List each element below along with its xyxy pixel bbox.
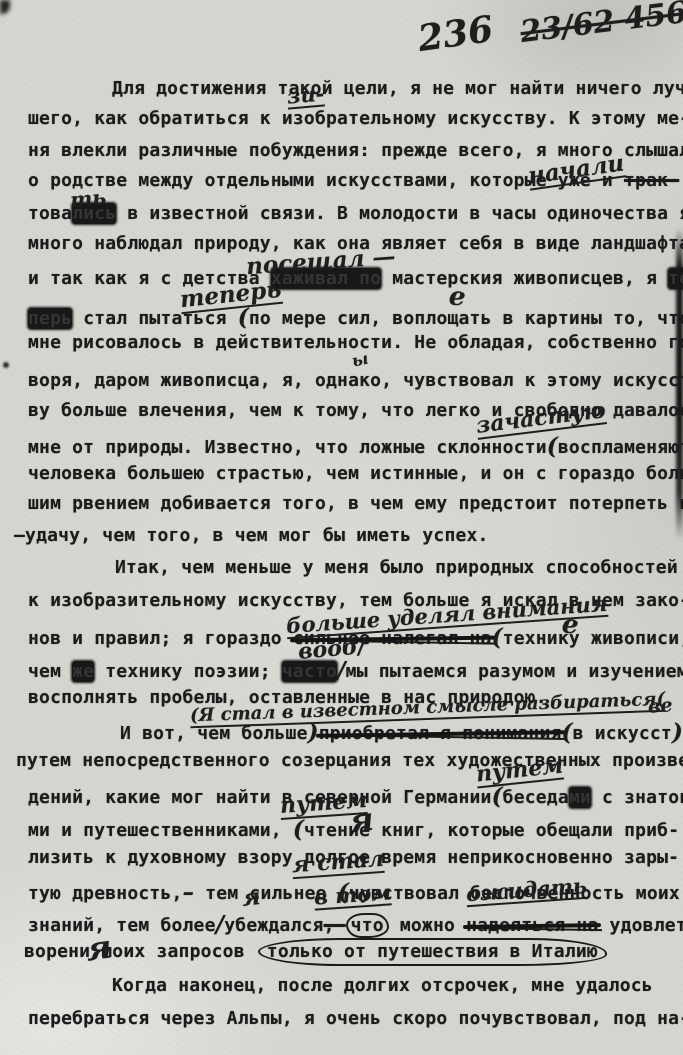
handwritten-annotation: я [346,803,375,837]
blacked-out-text: перь [28,308,72,329]
typed-line: перебраться через Альпы, я очень скоро п… [28,1008,683,1029]
typed-line: чем же технику поэзии; часто/мы пытаемся… [28,656,683,683]
typed-line: путем непосредственного созерцания тех х… [16,750,683,771]
struck-through-text: , [324,915,346,936]
handwritten-insertion-mark: ( [492,624,503,651]
blacked-out-text: те- [668,268,683,289]
typed-text: с знатока [591,787,683,808]
typed-text: моих запросов [90,941,256,962]
handwritten-insertion-mark: ) [672,719,683,746]
typed-text: шего, как обратиться к изобра [28,108,348,129]
typed-text: перебраться через Альпы, я очень скоро п… [28,1008,683,1029]
typed-text: можно [389,915,466,936]
typed-line: Когда наконец, после долгих отсрочек, мн… [112,975,653,996]
typed-text: убеждался [224,915,323,936]
typed-text: воспламеняют [558,437,683,458]
handwritten-annotation: ве [647,696,673,717]
typed-text: нов и правил; я гораздо [28,628,293,649]
typed-text: мастерски [381,268,491,289]
typed-text: путем непосредственного созерцания тех х… [16,750,683,771]
handwritten-annotation: 23/62 456 [519,0,683,48]
typed-line: человека большею страстью, чем истинные,… [28,463,683,484]
handwritten-annotation: е [561,611,580,639]
typed-line: знаний, тем более/убеждался, что можно н… [28,910,683,937]
typed-text: мне от природы. Известно, что ложные скл… [28,437,547,458]
typed-text: удовлет- [599,915,683,936]
circled-text: только от путешествия в Италию [258,938,607,966]
typed-text: Когда наконец, после долгих отсрочек, мн… [112,975,653,996]
typed-text: в искусст [573,723,672,744]
handwritten-annotation: в том [313,881,392,910]
handwritten-insertion-mark: ( [547,433,558,460]
struck-through-text: трак- [624,170,679,191]
typed-line: шим рвением добивается того, в чем ему п… [28,493,683,514]
typed-line: перь стал пытаться (по мере сил, воплоща… [28,303,683,330]
handwritten-insertion-mark: – [183,879,195,906]
typed-text: Для достижения такой цели, я не мог найт… [112,78,683,99]
typed-text: шим рвением добивается того, в чем ему п… [28,493,683,514]
circled-text: что [346,913,389,938]
typed-line: мне от природы. Известно, что ложные скл… [28,432,683,459]
typed-text: воря, даром живописца, я, однако, чувств… [28,370,683,391]
typed-text: человека большею страстью, чем истинные,… [28,463,683,484]
typed-text: в известной связи. В молодости в часы од… [116,203,683,224]
struck-through-text: надеяться на [466,915,598,936]
typed-text: стал пытаться [72,308,238,329]
typed-text: —удачу, чем того, в чем мог бы иметь усп… [14,525,489,546]
blacked-out-text: часто [282,661,337,682]
typed-text: Итак, чем меньше у меня было природных с… [115,557,678,578]
typed-line: Для достижения такой цели, я не мог найт… [112,78,683,99]
typed-text: ворени [24,941,90,962]
document-page: Для достижения такой цели, я не мог найт… [0,0,683,1055]
typed-text: ми и путешественниками, [28,820,293,841]
scan-corner-speck [0,0,10,14]
typed-line: —удачу, чем того, в чем мог бы иметь усп… [14,525,489,546]
typed-text: чем [28,661,72,682]
typed-text: живописцев, я [503,268,669,289]
handwritten-annotation: е [448,283,467,311]
struck-through-text: приобретал я понимания [319,723,562,744]
typed-text: това [28,203,72,224]
handwritten-annotation: зи- [286,82,325,109]
blacked-out-text: же [72,661,94,682]
handwritten-annotation: ть [69,186,107,210]
typed-text: беседа [503,787,569,808]
typed-line: шего, как обратиться к изобрательному ис… [28,108,683,129]
typed-text: дений, какие мог найти в северной Герман… [28,787,492,808]
handwritten-annotation: я [241,885,262,910]
typed-text: тую древность, [28,883,183,904]
typed-text: книг, которые обещали приб- [370,820,679,841]
typed-text: технику поэзии; [94,661,282,682]
handwritten-insertion-mark: / [216,911,225,938]
handwritten-annotation: вооб/ [297,635,366,663]
handwritten-annotation: 236 [416,11,495,57]
scan-margin-speck [3,362,9,368]
handwritten-insertion-mark: ( [492,783,503,810]
handwritten-insertion-mark: ( [562,719,573,746]
blacked-out-text: ми [569,787,591,808]
typed-line: товались в известной связи. В молодости … [28,203,683,224]
typed-text: знаний, тем более [28,915,216,936]
typed-line: воря, даром живописца, я, однако, чувств… [28,370,683,391]
typed-line: Итак, чем меньше у меня было природных с… [115,557,678,578]
handwritten-annotation: ы [351,350,370,369]
handwritten-insertion-mark: ( [293,816,304,843]
typed-text: по мере сил, воплощать в картины то, что [249,308,683,329]
typed-text: я [492,268,503,289]
typed-text: тельному искусству. К этому ме- [348,108,683,129]
typed-text: технику живописи, [503,628,683,649]
handwritten-annotation: я [84,930,114,965]
typed-text: мы пытаемся разумом и изучением [346,661,683,682]
handwritten-annotation: я стал [291,848,385,879]
